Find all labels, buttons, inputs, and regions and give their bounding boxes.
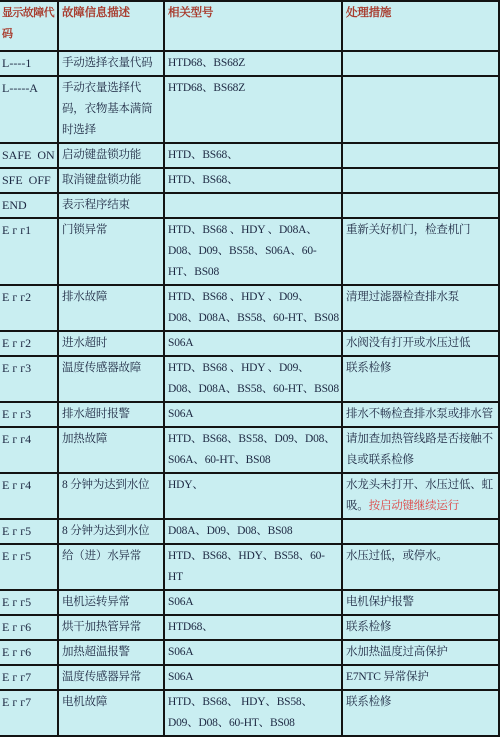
- fault-code-document: 显示故障代码 故障信息描述 相关型号 处理措施 L----1手动选择衣量代码HT…: [0, 0, 500, 684]
- fault-description-cell: 排水故障: [58, 285, 164, 331]
- fault-description-cell: 8 分钟为达到水位: [58, 519, 164, 544]
- table-row: E г г2进水超时S06A水阀没有打开或水压过低: [0, 331, 499, 356]
- table-header-row: 显示故障代码 故障信息描述 相关型号 处理措施: [0, 1, 499, 51]
- table-row: END表示程序结束: [0, 193, 499, 218]
- header-fault-description: 故障信息描述: [58, 1, 164, 51]
- fault-description-cell: 排水超时报警: [58, 402, 164, 427]
- fault-code-cell: E г г5: [0, 544, 58, 590]
- table-row: E г г7温度传感器异常S06AE7NTC 异常保护: [0, 665, 499, 684]
- treatment-cell: [342, 168, 499, 193]
- fault-description-cell: 8 分钟为达到水位: [58, 473, 164, 519]
- fault-code-table: 显示故障代码 故障信息描述 相关型号 处理措施 L----1手动选择衣量代码HT…: [0, 0, 500, 684]
- fault-code-cell: E г г2: [0, 331, 58, 356]
- header-related-models: 相关型号: [164, 1, 342, 51]
- fault-code-cell: L----1: [0, 51, 58, 76]
- treatment-cell: 水龙头未打开、水压过低、虹吸。按启动键继续运行: [342, 473, 499, 519]
- related-models-cell: HTD、BS68 、HDY 、D09、D08、D08A、BS58、60-HT、B…: [164, 356, 342, 402]
- related-models-cell: HTD、BS68、: [164, 143, 342, 168]
- treatment-cell: [342, 193, 499, 218]
- treatment-cell: [342, 143, 499, 168]
- related-models-cell: HTD68、BS68Z: [164, 76, 342, 143]
- fault-description-cell: 门锁异常: [58, 218, 164, 285]
- fault-code-cell: E г г7: [0, 665, 58, 684]
- fault-code-cell: E г г1: [0, 218, 58, 285]
- treatment-cell: [342, 51, 499, 76]
- related-models-cell: HTD、BS68、BS58、D09、D08、S06A、60-HT、BS08: [164, 427, 342, 473]
- treatment-cell: 水压过低，或停水。: [342, 544, 499, 590]
- table-row: SAFE ON启动键盘锁功能HTD、BS68、: [0, 143, 499, 168]
- treatment-cell: 水阀没有打开或水压过低: [342, 331, 499, 356]
- table-row: E г г5给（进）水异常HTD、BS68、HDY、BS58、60-HT水压过低…: [0, 544, 499, 590]
- fault-code-cell: E г г6: [0, 640, 58, 665]
- table-row: E г г3温度传感器故障HTD、BS68 、HDY 、D09、D08、D08A…: [0, 356, 499, 402]
- table-row: E г г1门锁异常HTD、BS68 、HDY 、D08A、D08、D09、BS…: [0, 218, 499, 285]
- fault-description-cell: 启动键盘锁功能: [58, 143, 164, 168]
- treatment-cell: 联系检修: [342, 615, 499, 640]
- fault-description-cell: 进水超时: [58, 331, 164, 356]
- fault-code-cell: E г г3: [0, 356, 58, 402]
- treatment-text: 排水不畅检查排水泵或排水管: [346, 408, 493, 420]
- related-models-cell: HDY、: [164, 473, 342, 519]
- treatment-cell: 水加热温度过高保护: [342, 640, 499, 665]
- related-models-cell: HTD、BS68 、HDY 、D08A、D08、D09、BS58、S06A、60…: [164, 218, 342, 285]
- related-models-cell: S06A: [164, 331, 342, 356]
- treatment-text: 清理过滤器检查排水泵: [346, 291, 459, 303]
- table-row: E г г2排水故障HTD、BS68 、HDY 、D09、D08、D08A、BS…: [0, 285, 499, 331]
- fault-description-cell: 温度传感器异常: [58, 665, 164, 684]
- related-models-cell: HTD68、: [164, 615, 342, 640]
- fault-code-cell: SFE OFF: [0, 168, 58, 193]
- treatment-text: 水压过低，或停水。: [346, 550, 448, 562]
- fault-description-cell: 手动衣量选择代码，衣物基本满筒时选择: [58, 76, 164, 143]
- related-models-cell: HTD、BS68、: [164, 168, 342, 193]
- related-models-cell: S06A: [164, 402, 342, 427]
- fault-description-cell: 温度传感器故障: [58, 356, 164, 402]
- related-models-cell: HTD、BS68、HDY、BS58、60-HT: [164, 544, 342, 590]
- treatment-cell: 电机保护报警: [342, 590, 499, 615]
- treatment-text: 请加查加热管线路是否接触不良或联系检修: [346, 433, 493, 466]
- treatment-cell: 联系检修: [342, 356, 499, 402]
- table-row: E г г6烘干加热管异常HTD68、联系检修: [0, 615, 499, 640]
- treatment-text: 联系检修: [346, 621, 391, 633]
- treatment-text: 水阀没有打开或水压过低: [346, 337, 470, 349]
- related-models-cell: D08A、D09、D08、BS08: [164, 519, 342, 544]
- fault-description-cell: 给（进）水异常: [58, 544, 164, 590]
- fault-code-cell: E г г2: [0, 285, 58, 331]
- treatment-cell: 排水不畅检查排水泵或排水管: [342, 402, 499, 427]
- treatment-cell: [342, 76, 499, 143]
- table-row: E г г3排水超时报警S06A排水不畅检查排水泵或排水管: [0, 402, 499, 427]
- table-row: E г г6加热超温报警S06A水加热温度过高保护: [0, 640, 499, 665]
- table-row: SFE OFF取消键盘锁功能HTD、BS68、: [0, 168, 499, 193]
- fault-code-cell: E г г4: [0, 427, 58, 473]
- header-fault-code: 显示故障代码: [0, 1, 58, 51]
- fault-code-cell: E г г5: [0, 590, 58, 615]
- fault-code-cell: E г г6: [0, 615, 58, 640]
- treatment-text: 电机保护报警: [346, 596, 414, 608]
- treatment-warning-text: 按启动键继续运行: [369, 500, 459, 512]
- fault-code-cell: E г г4: [0, 473, 58, 519]
- fault-code-cell: SAFE ON: [0, 143, 58, 168]
- treatment-cell: 重新关好机门，检查机门: [342, 218, 499, 285]
- table-row: E г г5电机运转异常S06A电机保护报警: [0, 590, 499, 615]
- related-models-cell: S06A: [164, 665, 342, 684]
- table-row: L-----A手动衣量选择代码，衣物基本满筒时选择HTD68、BS68Z: [0, 76, 499, 143]
- related-models-cell: S06A: [164, 640, 342, 665]
- fault-description-cell: 取消键盘锁功能: [58, 168, 164, 193]
- fault-code-cell: END: [0, 193, 58, 218]
- fault-code-cell: E г г5: [0, 519, 58, 544]
- related-models-cell: [164, 193, 342, 218]
- treatment-cell: 清理过滤器检查排水泵: [342, 285, 499, 331]
- related-models-cell: HTD68、BS68Z: [164, 51, 342, 76]
- fault-description-cell: 加热故障: [58, 427, 164, 473]
- fault-description-cell: 加热超温报警: [58, 640, 164, 665]
- table-row: E г г58 分钟为达到水位D08A、D09、D08、BS08: [0, 519, 499, 544]
- table-row: L----1手动选择衣量代码HTD68、BS68Z: [0, 51, 499, 76]
- fault-description-cell: 电机运转异常: [58, 590, 164, 615]
- treatment-cell: [342, 519, 499, 544]
- table-row: E г г48 分钟为达到水位HDY、水龙头未打开、水压过低、虹吸。按启动键继续…: [0, 473, 499, 519]
- fault-description-cell: 手动选择衣量代码: [58, 51, 164, 76]
- fault-code-cell: L-----A: [0, 76, 58, 143]
- treatment-cell: E7NTC 异常保护: [342, 665, 499, 684]
- treatment-text: 重新关好机门，检查机门: [346, 224, 470, 236]
- fault-code-cell: E г г3: [0, 402, 58, 427]
- related-models-cell: S06A: [164, 590, 342, 615]
- related-models-cell: HTD、BS68 、HDY 、D09、D08、D08A、BS58、60-HT、B…: [164, 285, 342, 331]
- treatment-text: 水加热温度过高保护: [346, 646, 448, 658]
- treatment-text: 联系检修: [346, 362, 391, 374]
- fault-description-cell: 烘干加热管异常: [58, 615, 164, 640]
- fault-description-cell: 表示程序结束: [58, 193, 164, 218]
- treatment-text: E7NTC 异常保护: [346, 671, 429, 683]
- table-row: E г г4加热故障HTD、BS68、BS58、D09、D08、S06A、60-…: [0, 427, 499, 473]
- table-body: L----1手动选择衣量代码HTD68、BS68ZL-----A手动衣量选择代码…: [0, 51, 499, 684]
- header-treatment: 处理措施: [342, 1, 499, 51]
- treatment-cell: 请加查加热管线路是否接触不良或联系检修: [342, 427, 499, 473]
